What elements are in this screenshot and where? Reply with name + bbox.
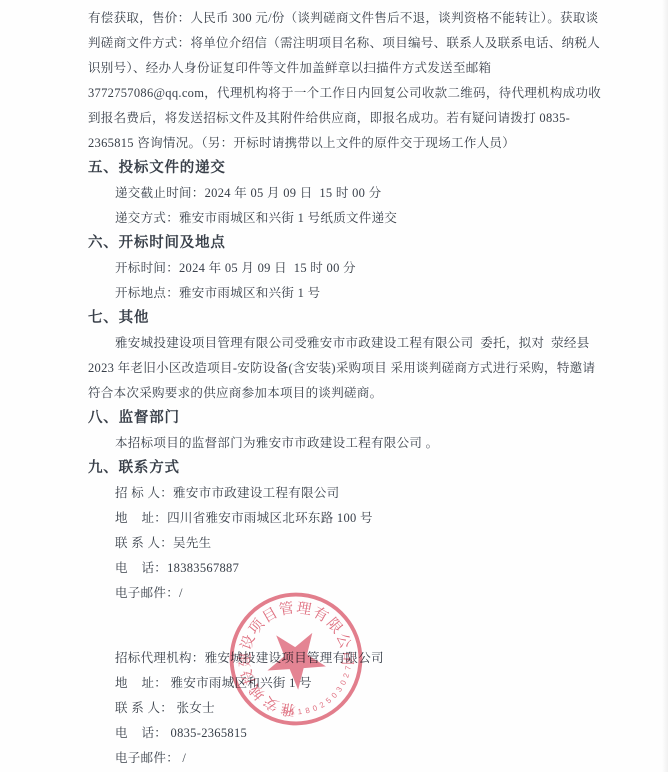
bidder-email: 电子邮件：/: [88, 581, 588, 606]
agency-contact-person: 联 系 人： 张女士: [88, 696, 588, 721]
agency-address: 地 址： 雅安市雨城区和兴街 1 号: [88, 671, 588, 696]
intro-line: 有偿获取，售价：人民币 300 元/份（谈判磋商文件售后不退，谈判资格不能转让）…: [88, 6, 588, 31]
document-content: 有偿获取，售价：人民币 300 元/份（谈判磋商文件售后不退，谈判资格不能转让）…: [88, 6, 588, 771]
section-heading-contact: 九、联系方式: [88, 456, 588, 481]
bidder-name: 招 标 人：雅安市市政建设工程有限公司: [88, 481, 588, 506]
bidder-address: 地 址：四川省雅安市雨城区北环东路 100 号: [88, 506, 588, 531]
section-heading-supervisor: 八、监督部门: [88, 406, 588, 431]
bidder-phone: 电 话：18383567887: [88, 556, 588, 581]
agency-email: 电子邮件： /: [88, 746, 588, 771]
intro-line: 识别号）、经办人身份证复印件等文件加盖鲜章以扫描件方式发送至邮箱: [88, 56, 588, 81]
bidder-contact-person: 联 系 人：吴先生: [88, 531, 588, 556]
other-paragraph-line: 雅安城投建设项目管理有限公司受雅安市市政建设工程有限公司 委托，拟对 荥经县: [88, 331, 588, 356]
page-edge-shadow: [662, 0, 668, 772]
intro-line: 2365815 咨询情况。（另：开标时请携带以上文件的原件交于现场工作人员）: [88, 131, 588, 156]
agency-phone: 电 话： 0835-2365815: [88, 721, 588, 746]
agency-name: 招标代理机构：雅安城投建设项目管理有限公司: [88, 646, 588, 671]
submission-method: 递交方式：雅安市雨城区和兴街 1 号纸质文件递交: [88, 206, 588, 231]
intro-line: 判磋商文件方式：将单位介绍信（需注明项目名称、项目编号、联系人及联系电话、纳税人: [88, 31, 588, 56]
block-spacer: [88, 606, 588, 646]
submission-deadline: 递交截止时间：2024 年 05 月 09 日 15 时 00 分: [88, 181, 588, 206]
section-heading-other: 七、其他: [88, 306, 588, 331]
opening-time: 开标时间：2024 年 05 月 09 日 15 时 00 分: [88, 256, 588, 281]
section-heading-opening: 六、开标时间及地点: [88, 231, 588, 256]
opening-place: 开标地点：雅安市雨城区和兴街 1 号: [88, 281, 588, 306]
document-page: 有偿获取，售价：人民币 300 元/份（谈判磋商文件售后不退，谈判资格不能转让）…: [0, 0, 668, 772]
intro-line: 到报名费后，将发送招标文件及其附件给供应商，即报名成功。若有疑问请拨打 0835…: [88, 106, 588, 131]
other-paragraph-line: 2023 年老旧小区改造项目-安防设备(含安装)采购项目 采用谈判磋商方式进行采…: [88, 356, 588, 381]
other-paragraph-line: 符合本次采购要求的供应商参加本项目的谈判磋商。: [88, 381, 588, 406]
section-heading-submission: 五、投标文件的递交: [88, 156, 588, 181]
supervisor-line: 本招标项目的监督部门为雅安市市政建设工程有限公司 。: [88, 431, 588, 456]
intro-line: 3772757086@qq.com，代理机构将于一个工作日内回复公司收款二维码，…: [88, 81, 588, 106]
